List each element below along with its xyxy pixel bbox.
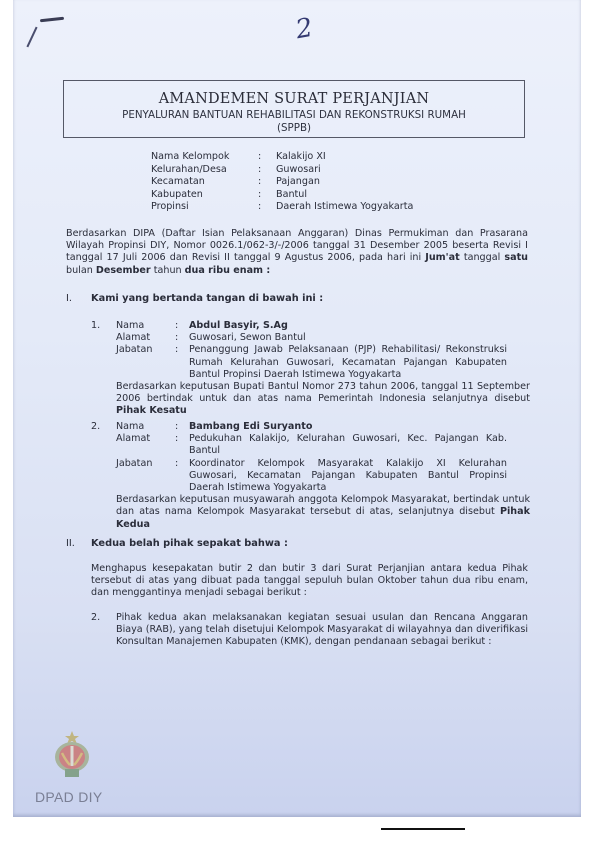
field-label: Jabatan — [116, 344, 175, 381]
party-number: 1. — [91, 320, 116, 332]
location-label: Nama Kelompok — [151, 151, 258, 164]
title-box: AMANDEMEN SURAT PERJANJIAN PENYALURAN BA… — [63, 80, 525, 138]
document-abbreviation: (SPPB) — [64, 122, 524, 134]
intro-word: tanggal — [464, 252, 500, 263]
party-field-row: 1. Nama : Abdul Basyir, S.Ag — [91, 320, 530, 332]
colon: : — [258, 176, 276, 189]
colon: : — [175, 433, 189, 457]
party-basis-text: Berdasarkan keputusan musyawarah anggota… — [116, 494, 530, 517]
section-heading-text: Kedua belah pihak sepakat bahwa : — [91, 538, 288, 549]
footer-line — [381, 828, 465, 830]
yogyakarta-emblem-icon — [52, 731, 92, 783]
section-2-item: 2. Pihak kedua akan melaksanakan kegiata… — [91, 612, 528, 649]
colon: : — [258, 189, 276, 202]
party-address: Guwosari, Sewon Bantul — [189, 332, 507, 344]
party-basis: Berdasarkan keputusan musyawarah anggota… — [116, 494, 530, 531]
colon: : — [175, 458, 189, 495]
colon: : — [175, 344, 189, 381]
intro-word: tahun — [154, 265, 182, 276]
party-field-row: Alamat : Guwosari, Sewon Bantul — [91, 332, 530, 344]
colon: : — [175, 421, 189, 433]
document-subtitle: PENYALURAN BANTUAN REHABILITASI DAN REKO… — [64, 109, 524, 121]
party-number: 2. — [91, 421, 116, 433]
location-row: Nama Kelompok : Kalakijo XI — [151, 151, 413, 164]
colon: : — [258, 201, 276, 214]
field-label: Nama — [116, 421, 175, 433]
party-2: 2. Nama : Bambang Edi Suryanto Alamat : … — [91, 421, 530, 531]
location-label: Propinsi — [151, 201, 258, 214]
item-text: Pihak kedua akan melaksanakan kegiatan s… — [116, 612, 528, 649]
watermark-text: DPAD DIY — [35, 789, 103, 805]
location-label: Kecamatan — [151, 176, 258, 189]
location-label: Kabupaten — [151, 189, 258, 202]
party-field-row: Jabatan : Penanggung Jawab Pelaksanaan (… — [91, 344, 530, 381]
section-heading-text: Kami yang bertanda tangan di bawah ini : — [91, 293, 323, 304]
item-row: 2. Pihak kedua akan melaksanakan kegiata… — [91, 612, 528, 649]
location-value: Bantul — [276, 189, 307, 202]
party-field-row: Jabatan : Koordinator Kelompok Masyaraka… — [91, 458, 530, 495]
location-details: Nama Kelompok : Kalakijo XI Kelurahan/De… — [151, 151, 413, 214]
section-numeral: II. — [66, 538, 75, 549]
field-label: Alamat — [116, 433, 175, 457]
field-label: Jabatan — [116, 458, 175, 495]
intro-word: bulan — [66, 265, 93, 276]
party-role: Pihak Kesatu — [116, 405, 187, 416]
party-field-row: 2. Nama : Bambang Edi Suryanto — [91, 421, 530, 433]
colon: : — [175, 320, 189, 332]
location-row: Kelurahan/Desa : Guwosari — [151, 164, 413, 177]
section-2-paragraph: Menghapus kesepakatan butir 2 dan butir … — [91, 563, 528, 600]
document-title: AMANDEMEN SURAT PERJANJIAN — [64, 91, 524, 107]
location-label: Kelurahan/Desa — [151, 164, 258, 177]
party-name: Abdul Basyir, S.Ag — [189, 320, 507, 332]
party-position: Penanggung Jawab Pelaksanaan (PJP) Rehab… — [189, 344, 507, 381]
intro-paragraph: Berdasarkan DIPA (Daftar Isian Pelaksana… — [66, 228, 528, 277]
party-basis: Berdasarkan keputusan Bupati Bantul Nomo… — [116, 381, 530, 418]
section-numeral: I. — [66, 293, 72, 304]
party-field-row: Alamat : Pedukuhan Kalakijo, Kelurahan G… — [91, 433, 530, 457]
field-label: Nama — [116, 320, 175, 332]
location-value: Guwosari — [276, 164, 321, 177]
location-row: Kecamatan : Pajangan — [151, 176, 413, 189]
item-number: 2. — [91, 612, 116, 649]
party-position: Koordinator Kelompok Masyarakat Kalakijo… — [189, 458, 507, 495]
intro-year: dua ribu enam : — [185, 265, 271, 276]
colon: : — [258, 164, 276, 177]
party-name: Bambang Edi Suryanto — [189, 421, 507, 433]
location-value: Daerah Istimewa Yogyakarta — [276, 201, 413, 214]
intro-month: Desember — [96, 265, 151, 276]
colon: : — [258, 151, 276, 164]
intro-day: Jum'at — [425, 252, 459, 263]
location-value: Kalakijo XI — [276, 151, 326, 164]
party-basis-text: Berdasarkan keputusan Bupati Bantul Nomo… — [116, 381, 530, 404]
field-label: Alamat — [116, 332, 175, 344]
intro-date: satu — [504, 252, 528, 263]
location-row: Kabupaten : Bantul — [151, 189, 413, 202]
colon: : — [175, 332, 189, 344]
party-1: 1. Nama : Abdul Basyir, S.Ag Alamat : Gu… — [91, 320, 530, 418]
location-row: Propinsi : Daerah Istimewa Yogyakarta — [151, 201, 413, 214]
party-address: Pedukuhan Kalakijo, Kelurahan Guwosari, … — [189, 433, 507, 457]
location-value: Pajangan — [276, 176, 320, 189]
